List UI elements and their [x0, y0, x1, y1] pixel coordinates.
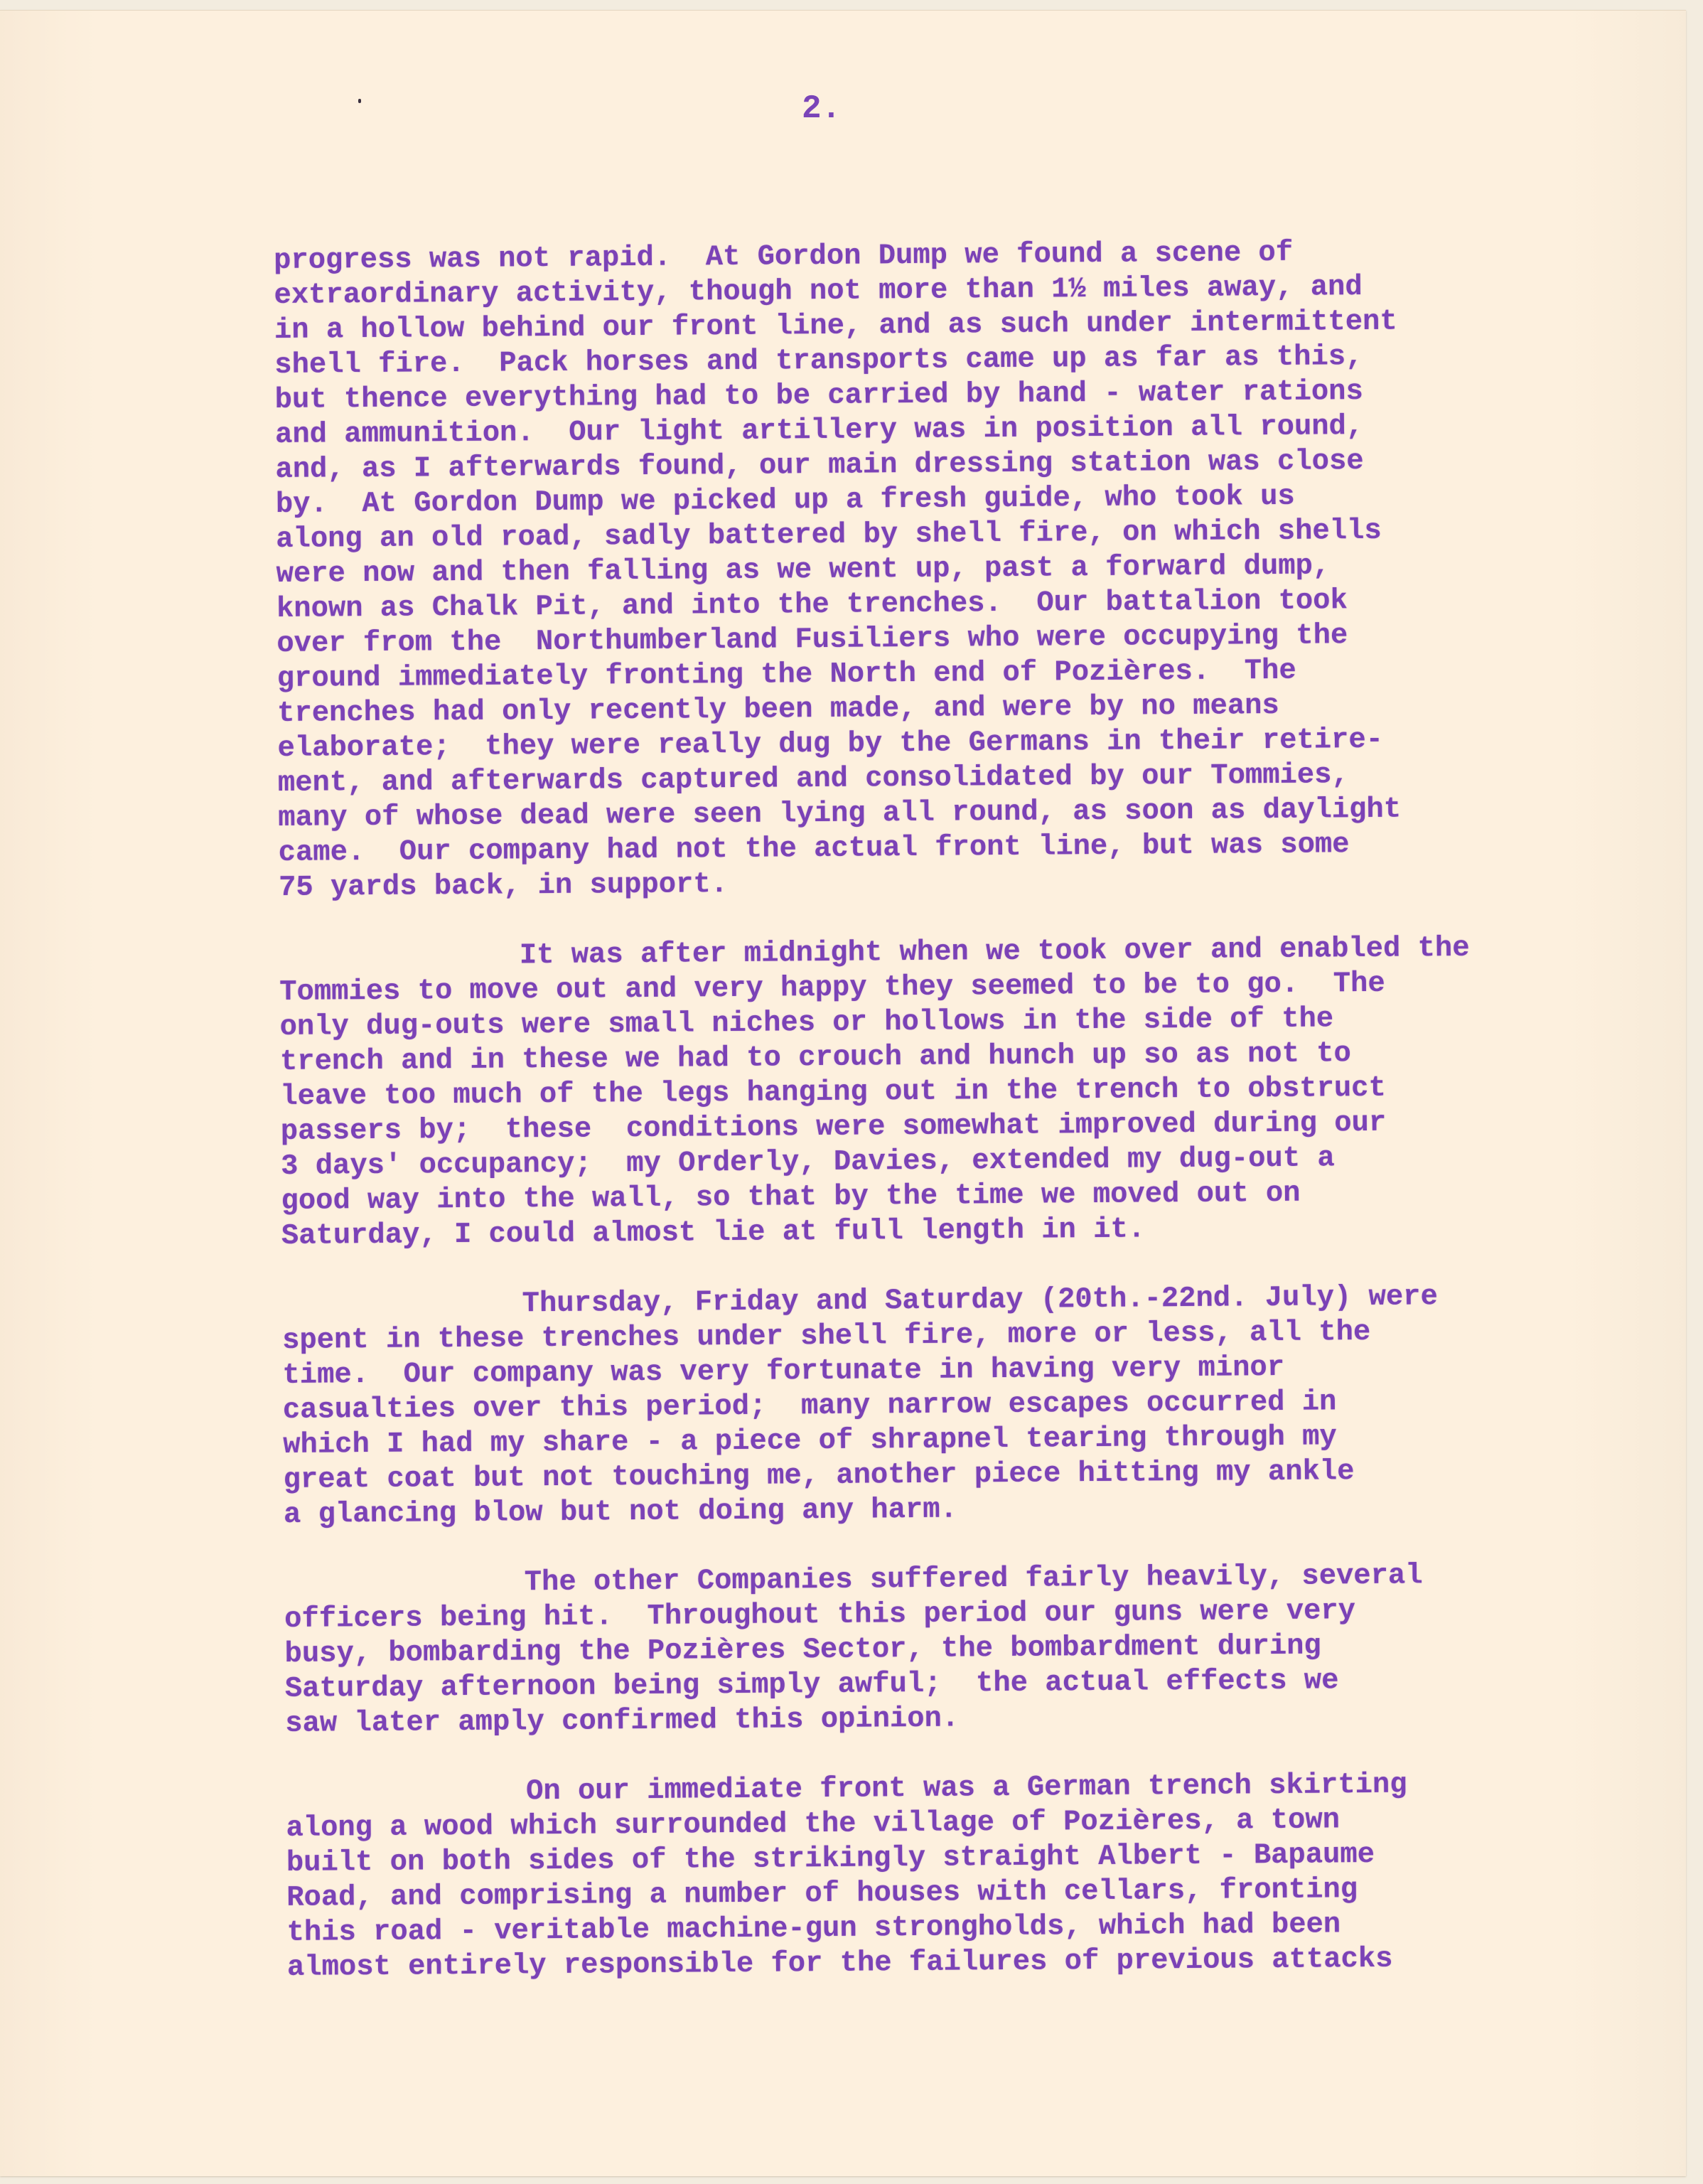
page-number: 2. [802, 90, 841, 127]
paragraph-1: progress was not rapid. At Gordon Dump w… [274, 232, 1693, 906]
paragraph-3: Thursday, Friday and Saturday (20th.-22n… [282, 1278, 1699, 1533]
paragraph-5: On our immediate front was a German tren… [286, 1765, 1702, 1986]
paragraph-4: The other Companies suffered fairly heav… [284, 1556, 1700, 1742]
ink-speck [358, 99, 361, 103]
typed-page: 2. progress was not rapid. At Gordon Dum… [0, 10, 1686, 2176]
paragraph-2: It was after midnight when we took over … [279, 929, 1696, 1254]
typed-body: progress was not rapid. At Gordon Dump w… [274, 232, 1702, 2020]
